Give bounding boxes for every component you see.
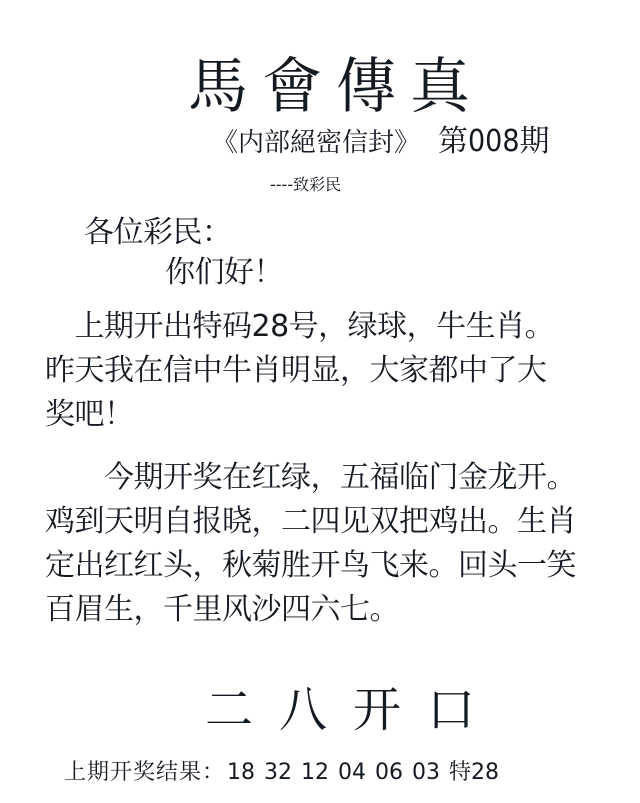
- document-subtitle: 《内部絕密信封》: [212, 126, 420, 160]
- result-number: 06: [375, 760, 403, 785]
- result-number: 04: [338, 760, 366, 785]
- result-numbers: 183212040603特28: [227, 760, 499, 785]
- result-label: 上期开奖结果：: [64, 760, 225, 785]
- document-title: 馬會傳真: [188, 52, 484, 122]
- special-number: 特28: [449, 760, 499, 785]
- paragraph-line: 昨天我在信中牛肖明显，大家都中了大: [45, 349, 615, 393]
- paragraph-prediction-poem: 今期开奖在红绿，五福临门金龙开。 鸡到天明自报晓，二四见双把鸡出。生肖 定出红红…: [45, 456, 625, 632]
- paragraph-line: 上期开出特码28号，绿球，牛生肖。: [45, 305, 615, 349]
- paragraph-line: 百眉生，千里风沙四六七。: [45, 588, 625, 632]
- paragraph-line: 鸡到天明自报晓，二四见双把鸡出。生肖: [45, 500, 625, 544]
- paragraph-line: 奖吧！: [45, 393, 615, 437]
- recipient-line: ----致彩民: [270, 175, 341, 195]
- paragraph-last-result: 上期开出特码28号，绿球，牛生肖。 昨天我在信中牛肖明显，大家都中了大 奖吧！: [45, 305, 615, 437]
- last-draw-result: 上期开奖结果：183212040603特28: [64, 758, 499, 788]
- result-number: 32: [264, 760, 292, 785]
- issue-number: 第008期: [438, 124, 550, 160]
- result-number: 03: [412, 760, 440, 785]
- paragraph-line: 定出红红头，秋菊胜开鸟飞来。回头一笑: [45, 544, 625, 588]
- greeting: 你们好！: [165, 254, 283, 292]
- result-number: 12: [301, 760, 329, 785]
- result-number: 18: [227, 760, 255, 785]
- salutation: 各位彩民：: [84, 214, 232, 252]
- slogan: 二八开口: [205, 680, 501, 740]
- paragraph-line: 今期开奖在红绿，五福临门金龙开。: [45, 456, 625, 500]
